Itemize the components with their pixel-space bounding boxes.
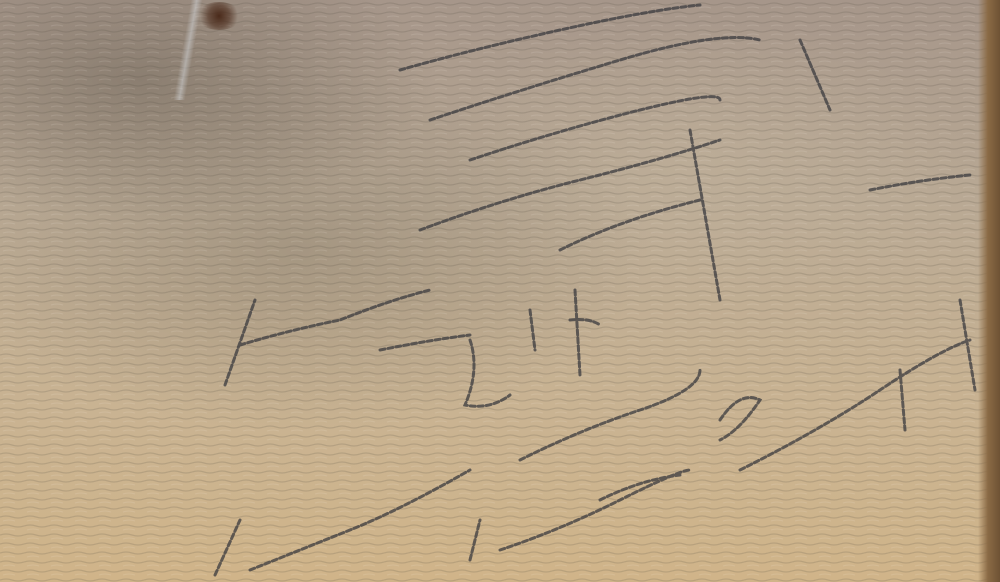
paper-right-edge	[978, 0, 1000, 582]
pencil-scribbles	[0, 0, 1000, 582]
paper-photo	[0, 0, 1000, 582]
